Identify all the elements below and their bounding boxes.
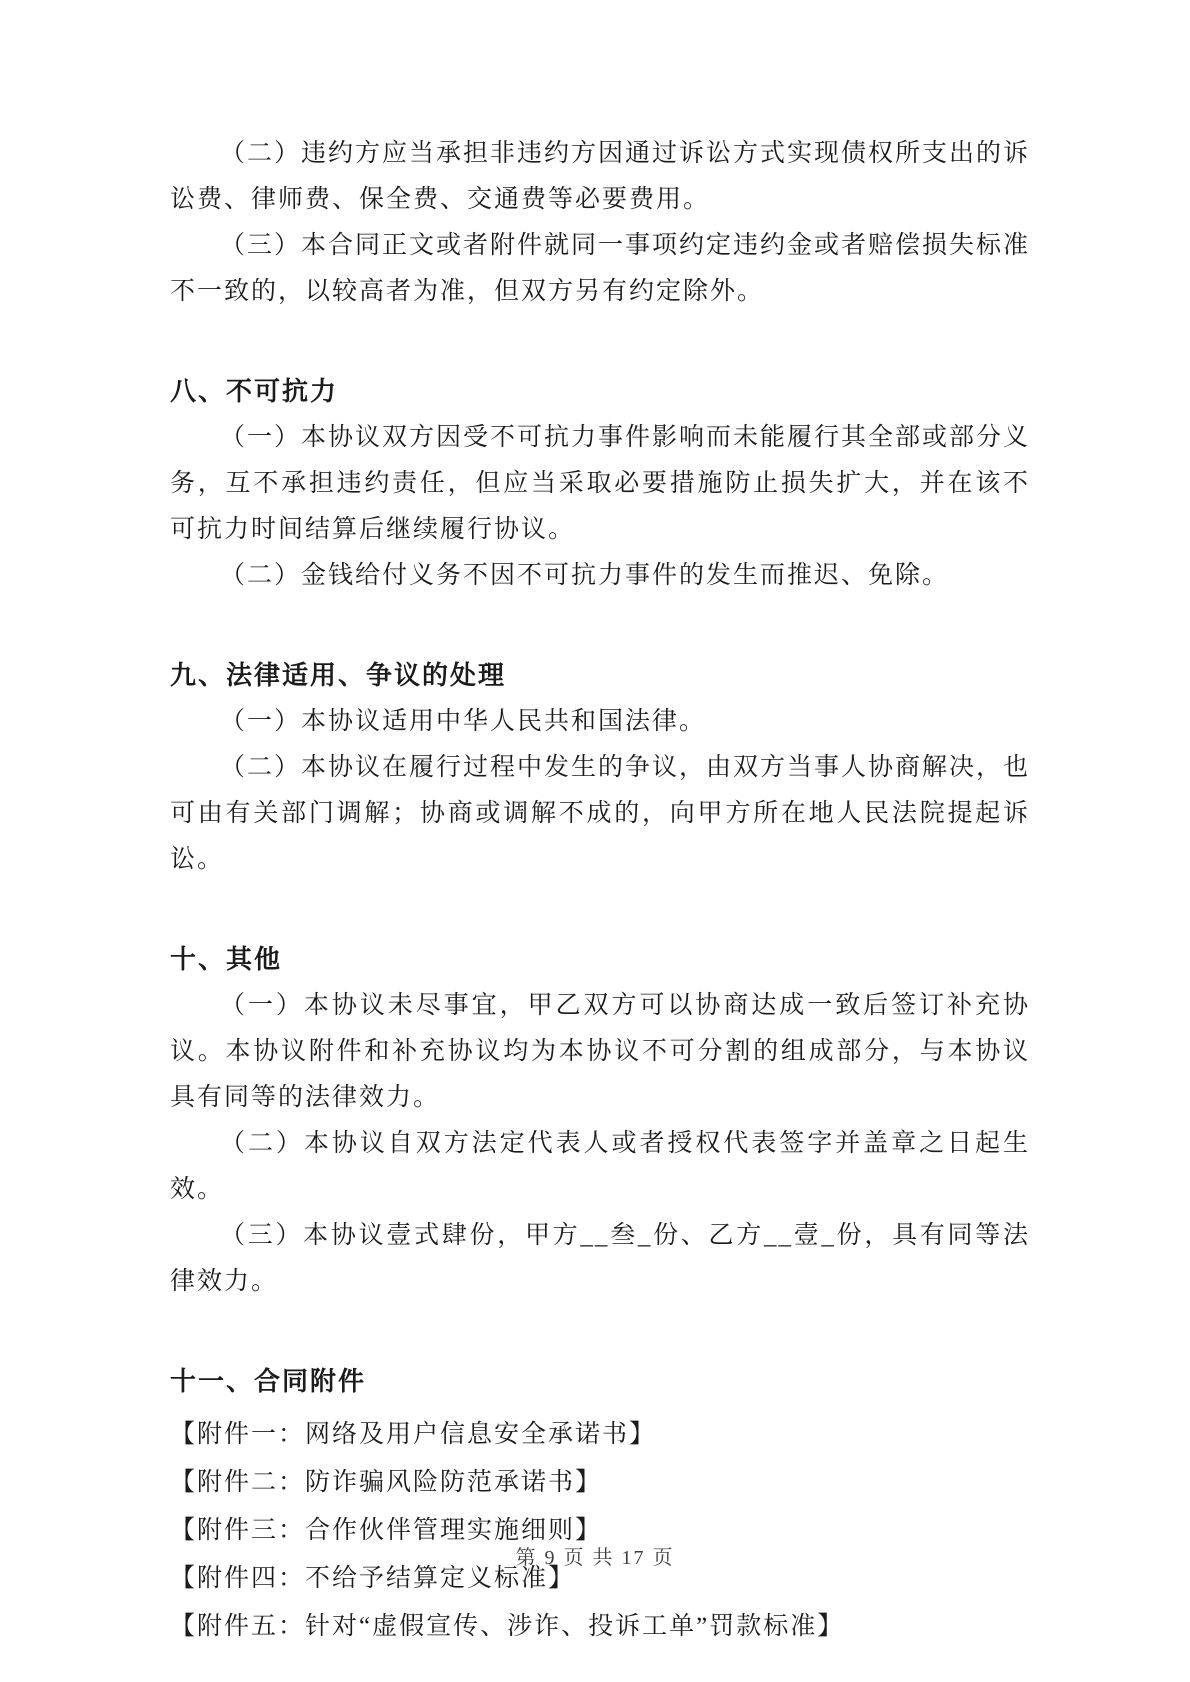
clause-litigation-costs: （二）违约方应当承担非违约方因通过诉讼方式实现债权所支出的诉讼费、律师费、保全费… bbox=[170, 131, 1030, 223]
attachment-item-2: 【附件二：防诈骗风险防范承诺书】 bbox=[170, 1459, 1030, 1507]
section-heading-force-majeure: 八、不可抗力 bbox=[170, 369, 1030, 415]
contract-body: （二）违约方应当承担非违约方因通过诉讼方式实现债权所支出的诉讼费、律师费、保全费… bbox=[170, 131, 1030, 1651]
clause-dispute-resolution: （二）本协议在履行过程中发生的争议，由双方当事人协商解决，也可由有关部门调解；协… bbox=[170, 745, 1030, 883]
clause-higher-standard-prevails: （三）本合同正文或者附件就同一事项约定违约金或者赔偿损失标准不一致的，以较高者为… bbox=[170, 223, 1030, 315]
page-number: 第 9 页 共 17 页 bbox=[0, 1541, 1190, 1570]
clause-effective-date: （二）本协议自双方法定代表人或者授权代表签字并盖章之日起生效。 bbox=[170, 1121, 1030, 1213]
attachment-item-5: 【附件五：针对“虚假宣传、涉诈、投诉工单”罚款标准】 bbox=[170, 1603, 1030, 1651]
clause-force-majeure-2: （二）金钱给付义务不因不可抗力事件的发生而推迟、免除。 bbox=[170, 553, 1030, 599]
document-page: （二）违约方应当承担非违约方因通过诉讼方式实现债权所支出的诉讼费、律师费、保全费… bbox=[0, 0, 1190, 1682]
section-heading-miscellaneous: 十、其他 bbox=[170, 937, 1030, 983]
attachment-list: 【附件一：网络及用户信息安全承诺书】 【附件二：防诈骗风险防范承诺书】 【附件三… bbox=[170, 1411, 1030, 1651]
clause-force-majeure-1: （一）本协议双方因受不可抗力事件影响而未能履行其全部或部分义务，互不承担违约责任… bbox=[170, 415, 1030, 553]
section-heading-contract-attachments: 十一、合同附件 bbox=[170, 1359, 1030, 1405]
section-heading-law-and-disputes: 九、法律适用、争议的处理 bbox=[170, 653, 1030, 699]
attachment-item-1: 【附件一：网络及用户信息安全承诺书】 bbox=[170, 1411, 1030, 1459]
clause-counterparts: （三）本协议壹式肆份，甲方__叁_份、乙方__壹_份，具有同等法律效力。 bbox=[170, 1213, 1030, 1305]
clause-supplementary-agreement: （一）本协议未尽事宜，甲乙双方可以协商达成一致后签订补充协议。本协议附件和补充协… bbox=[170, 983, 1030, 1121]
clause-governing-law: （一）本协议适用中华人民共和国法律。 bbox=[170, 699, 1030, 745]
